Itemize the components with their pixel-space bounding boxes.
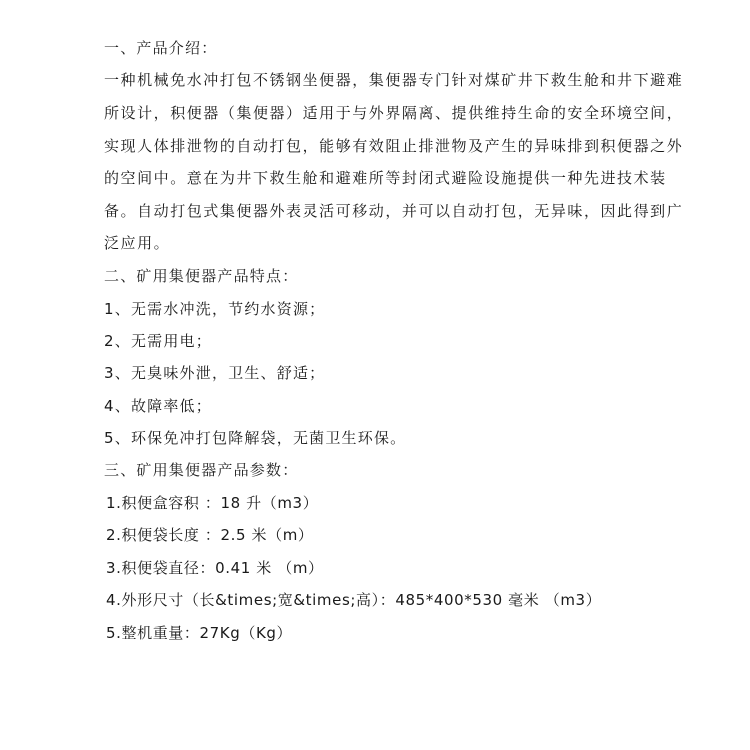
intro-paragraph-line: 的空间中。意在为井下救生舱和避难所等封闭式避险设施提供一种先进技术装: [104, 168, 667, 188]
feature-item: 5、环保免冲打包降解袋，无菌卫生环保。: [104, 428, 406, 448]
feature-item: 3、无臭味外泄，卫生、舒适；: [104, 363, 325, 383]
parameter-item: 2.积便袋长度 ：2.5 米（m）: [106, 525, 314, 545]
intro-paragraph-line: 一种机械免水冲打包不锈钢坐便器，集便器专门针对煤矿井下救生舱和井下避难: [104, 70, 683, 90]
section-heading-intro: 一、产品介绍：: [104, 38, 217, 58]
section-heading-parameters: 三、矿用集便器产品参数：: [104, 460, 298, 480]
feature-item: 4、故障率低；: [104, 396, 212, 416]
parameter-item: 3.积便袋直径：0.41 米 （m）: [106, 558, 324, 578]
intro-paragraph-line: 泛应用。: [104, 233, 170, 253]
intro-paragraph-line: 实现人体排泄物的自动打包，能够有效阻止排泄物及产生的异味排到积便器之外: [104, 136, 683, 156]
feature-item: 2、无需用电；: [104, 331, 212, 351]
document-page: 一、产品介绍： 一种机械免水冲打包不锈钢坐便器，集便器专门针对煤矿井下救生舱和井…: [0, 0, 750, 750]
parameter-item: 1.积便盒容积 ：18 升（m3）: [106, 493, 318, 513]
parameter-item: 4.外形尺寸（长&times;宽&times;高）：485*400*530 毫米…: [106, 590, 601, 610]
parameter-item: 5.整机重量：27Kg（Kg）: [106, 623, 292, 643]
section-heading-features: 二、矿用集便器产品特点：: [104, 266, 298, 286]
feature-item: 1、无需水冲洗，节约水资源；: [104, 299, 325, 319]
intro-paragraph-line: 所设计，积便器（集便器）适用于与外界隔离、提供维持生命的安全环境空间，: [104, 103, 683, 123]
intro-paragraph-line: 备。自动打包式集便器外表灵活可移动，并可以自动打包，无异味，因此得到广: [104, 201, 683, 221]
